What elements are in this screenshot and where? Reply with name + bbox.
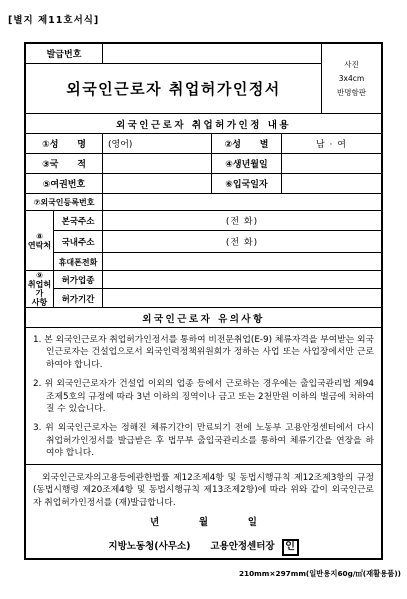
- notice-item-3: 3. 위 외국인근로자는 정해진 체류기간이 만료되기 전에 노동부 고용안정센…: [33, 422, 374, 459]
- notice-body: 1. 본 외국인근로자 취업허가인정서를 통하여 비전문취업(E-9) 체류자격…: [26, 328, 381, 465]
- nationality-field[interactable]: [103, 154, 212, 173]
- table-row: ⑦외국인등록번호: [26, 194, 381, 211]
- photo-type-label: 반명함판: [337, 86, 366, 100]
- content-section-title: 외국인근로자 취업허가인정 내용: [26, 114, 381, 134]
- table-row: 허가기간: [54, 289, 381, 308]
- issue-number-label: 발급번호: [26, 44, 103, 63]
- korea-address-label: 국내주소: [54, 231, 103, 252]
- signature-line: 지방노동청(사무소) 고용안정센터장 인: [33, 539, 374, 556]
- name-label: ①성 명: [26, 134, 103, 153]
- issue-number-row: 발급번호: [26, 44, 321, 64]
- contact-group-label: ⑧ 연락처: [26, 211, 54, 270]
- photo-box: 사진 3x4cm 반명함판: [321, 44, 381, 113]
- notice-item-2: 2. 위 외국인근로자가 건설업 이외의 업종 등에서 근로하는 경우에는 출입…: [33, 378, 374, 415]
- table-row: 본국주소 (전 화): [54, 211, 381, 231]
- paper-spec-footer: 210mm×297mm(일반용지60g/㎡(재활용품)): [239, 569, 401, 579]
- issue-date-line: 년 월 일: [33, 517, 374, 529]
- permitted-industry-label: 허가업종: [54, 271, 103, 288]
- issue-number-field[interactable]: [103, 44, 321, 63]
- entry-date-label: ⑥입국일자: [212, 174, 282, 193]
- entry-date-field[interactable]: [282, 174, 381, 193]
- notice-item-1: 1. 본 외국인근로자 취업허가인정서를 통하여 비전문취업(E-9) 체류자격…: [33, 334, 374, 371]
- contact-rows: 본국주소 (전 화) 국내주소 (전 화) 휴대폰전화: [54, 211, 381, 270]
- table-row: 휴대폰전화: [54, 253, 381, 271]
- certificate-form: 발급번호 외국인근로자 취업허가인정서 사진 3x4cm 반명함판 외국인근로자…: [24, 42, 383, 560]
- official-seal-box: 인: [282, 539, 299, 556]
- permitted-industry-field[interactable]: [103, 271, 381, 288]
- registration-number-field[interactable]: [103, 194, 381, 210]
- form-reference-note: [별지 제11호서식]: [8, 12, 99, 26]
- korea-address-field[interactable]: (전 화): [103, 231, 381, 252]
- mobile-phone-field[interactable]: [103, 253, 381, 271]
- table-row: 허가업종: [54, 271, 381, 289]
- issuance-section: 외국인근로자의고용등에관한법률 제12조제4항 및 동법시행규칙 제12조제3항…: [26, 465, 381, 558]
- passport-number-field[interactable]: [103, 174, 212, 193]
- form-header: 발급번호 외국인근로자 취업허가인정서 사진 3x4cm 반명함판: [26, 44, 381, 114]
- name-field[interactable]: (영어): [103, 134, 212, 153]
- issuance-statement: 외국인근로자의고용등에관한법률 제12조제4항 및 동법시행규칙 제12조제3항…: [33, 472, 374, 509]
- issuer-title: 지방노동청(사무소) 고용안정센터장: [108, 541, 274, 553]
- gender-field[interactable]: 남 · 여: [282, 134, 381, 153]
- contact-block: ⑧ 연락처 본국주소 (전 화) 국내주소 (전 화) 휴대폰전화: [26, 211, 381, 271]
- table-row: ③국 적 ④생년월일: [26, 154, 381, 174]
- permit-block: ⑨ 취업허 가 사항 허가업종 허가기간: [26, 271, 381, 308]
- form-header-left: 발급번호 외국인근로자 취업허가인정서: [26, 44, 321, 113]
- passport-number-label: ⑤여권번호: [26, 174, 103, 193]
- permit-period-label: 허가기간: [54, 289, 103, 308]
- gender-label: ②성 별: [212, 134, 282, 153]
- nationality-label: ③국 적: [26, 154, 103, 173]
- table-row: 국내주소 (전 화): [54, 231, 381, 253]
- birthdate-label: ④생년월일: [212, 154, 282, 173]
- photo-size-label: 3x4cm: [339, 72, 364, 86]
- registration-number-label: ⑦외국인등록번호: [26, 194, 103, 210]
- permit-period-field[interactable]: [103, 289, 381, 308]
- table-row: ⑤여권번호 ⑥입국일자: [26, 174, 381, 194]
- form-title: 외국인근로자 취업허가인정서: [26, 64, 321, 113]
- home-address-label: 본국주소: [54, 211, 103, 230]
- mobile-phone-label: 휴대폰전화: [54, 253, 103, 271]
- birthdate-field[interactable]: [282, 154, 381, 173]
- permit-group-label: ⑨ 취업허 가 사항: [26, 271, 54, 307]
- form-page: [별지 제11호서식] 발급번호 외국인근로자 취업허가인정서 사진 3x4cm…: [0, 0, 407, 599]
- permit-rows: 허가업종 허가기간: [54, 271, 381, 307]
- photo-label: 사진: [344, 58, 359, 72]
- table-row: ①성 명 (영어) ②성 별 남 · 여: [26, 134, 381, 154]
- home-address-field[interactable]: (전 화): [103, 211, 381, 230]
- notice-section-title: 외국인근로자 유의사항: [26, 308, 381, 328]
